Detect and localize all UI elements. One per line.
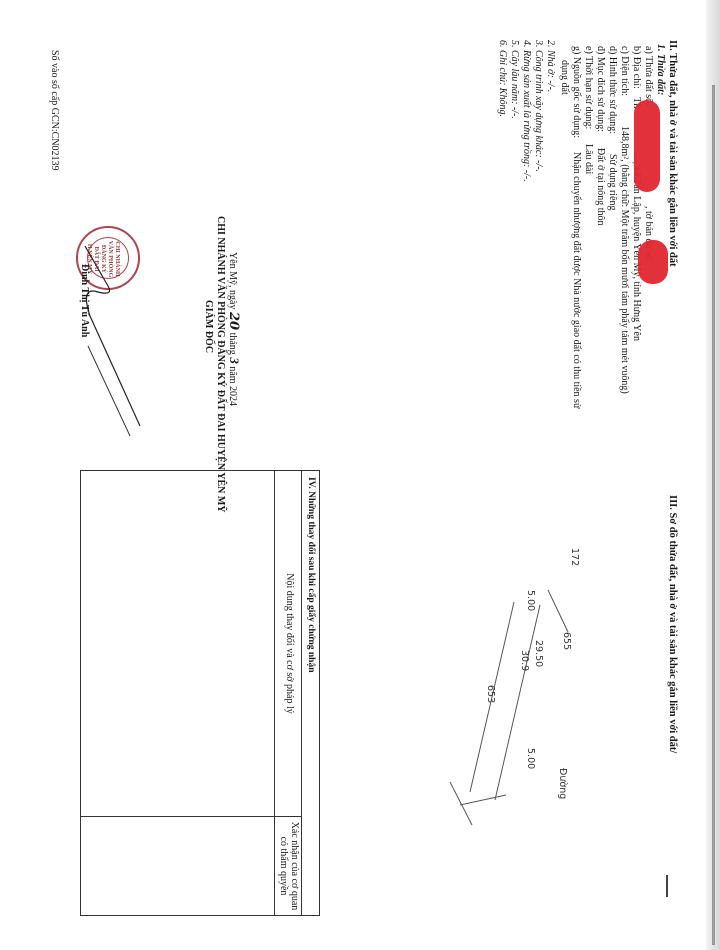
origin-value: Nhận chuyển nhượng đất được Nhà nước gia…	[570, 152, 583, 408]
changes-table: IV. Những thay đổi sau khi cấp giấy chứn…	[80, 470, 320, 916]
origin-label: g) Nguồn gốc sử dụng:	[570, 46, 583, 138]
other-construction-item: 3. Công trình xây dựng khác: -/-.	[532, 40, 545, 172]
parcel-label: a) Thửa đất số:	[643, 46, 654, 106]
table-divider	[301, 471, 302, 915]
office-name: CHI NHÁNH VĂN PHÒNG ĐĂNG KÝ ĐẤT ĐAI HUYỆ…	[215, 216, 226, 513]
month-prefix: tháng	[227, 333, 238, 355]
signer-name: Đinh Thị Tú Anh	[78, 264, 91, 337]
column-header-changes: Nội dung thay đổi và cơ sở pháp lý	[284, 471, 295, 816]
purpose-value: Đất ở tại nông thôn	[594, 148, 607, 226]
edge-top-length: 5.00	[525, 590, 536, 611]
neighbor-parcel-right: 653	[485, 685, 496, 703]
redaction-mark	[634, 100, 660, 192]
perennial-tree-item: 5. Cây lâu năm: -/-.	[508, 40, 521, 119]
date-day: 20	[226, 312, 241, 330]
land-parcel-line: a) Thửa đất số:	[642, 46, 655, 106]
date-year: năm 2024	[227, 366, 238, 406]
purpose-label: đ) Mục đích sử dụng:	[594, 46, 607, 132]
column-header-confirmation: Xác nhận của cơ quan có thẩm quyền	[278, 817, 300, 915]
area-value: 148,8m², (bằng chữ: Một trăm bốn mươi tá…	[618, 126, 631, 394]
margin-mark	[666, 875, 668, 897]
registry-number: Số vào sổ cấp GCN:CN02139	[48, 50, 61, 171]
usage-form-label: d) Hình thức sử dụng:	[606, 46, 619, 134]
scan-edge-line	[712, 85, 715, 945]
term-label: e) Thời hạn sử dụng:	[582, 46, 595, 129]
section-2-title: II. Thửa đất, nhà ở và tài sản khác gắn …	[667, 40, 678, 267]
date-prefix: Yên Mỹ, ngày	[227, 252, 238, 310]
term-value: Lâu dài	[582, 144, 595, 174]
area-label: c) Diện tích:	[618, 46, 631, 96]
redaction-mark	[638, 240, 668, 284]
edge-left-length: 29.50	[533, 640, 544, 667]
note-item: 6. Ghi chú: Không.	[496, 40, 509, 117]
road-label: Đường	[557, 768, 568, 799]
neighbor-parcel-left: 655	[561, 632, 572, 650]
section-4-title: IV. Những thay đổi sau khi cấp giấy chứn…	[306, 477, 316, 673]
director-title: GIÁM ĐỐC	[203, 300, 214, 353]
neighbor-parcel-top: 172	[569, 548, 580, 566]
certificate-page: II. Thửa đất, nhà ở và tài sản khác gắn …	[20, 30, 680, 930]
origin-value-cont: dụng đất	[558, 60, 571, 95]
usage-form-value: Sử dụng riêng	[606, 154, 619, 211]
table-divider	[274, 471, 275, 915]
signature-scribble	[50, 226, 160, 446]
signature-date: Yên Mỹ, ngày 20 tháng 3 năm 2024	[226, 252, 241, 406]
section-3-title: III. Sơ đồ thửa đất, nhà ở và tài sản kh…	[667, 495, 678, 753]
edge-bottom-length: 5.00	[525, 748, 536, 769]
address-label: b) Địa chỉ:	[631, 46, 642, 89]
address-line: b) Địa chỉ: Th	[630, 46, 643, 108]
land-heading: 1. Thửa đất:	[654, 44, 667, 95]
date-month: 3	[227, 357, 242, 364]
planted-forest-item: 4. Rừng sản xuất là rừng trồng: -/-.	[520, 40, 533, 182]
parcel-diagram	[440, 550, 600, 830]
house-item: 2. Nhà ở: -/-.	[544, 40, 557, 92]
table-column-divider	[80, 816, 302, 817]
edge-right-length: 30.9	[519, 650, 530, 671]
